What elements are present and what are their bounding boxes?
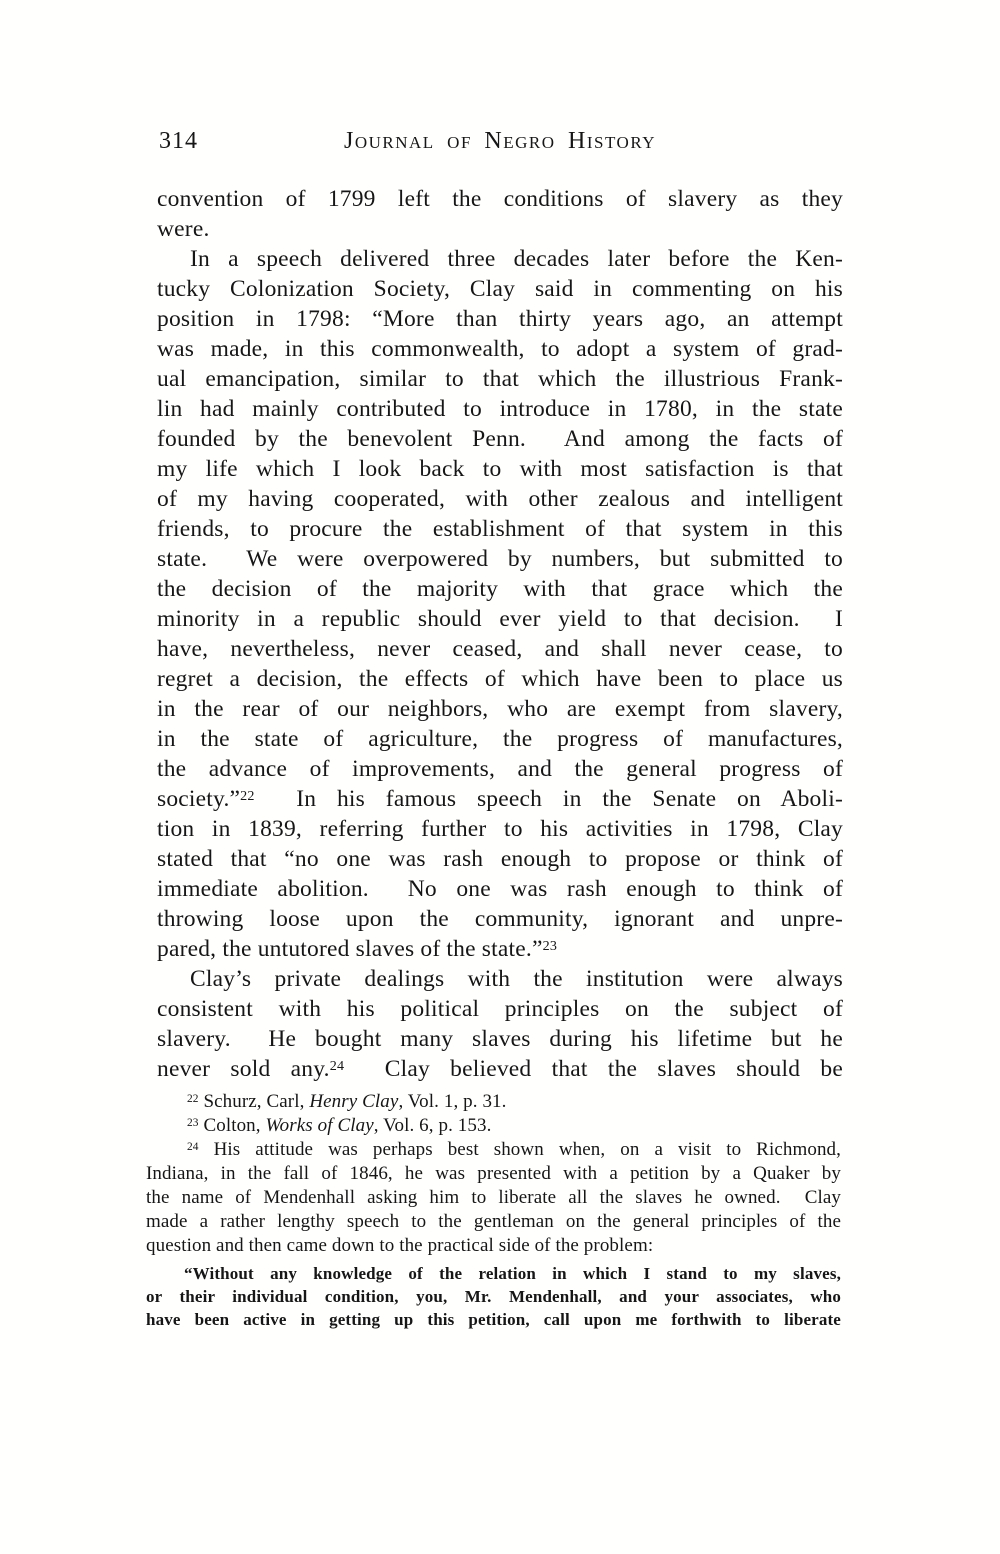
text-line: ual emancipation, similar to that which … <box>157 364 843 394</box>
text-line: society.”22 In his famous speech in the … <box>157 784 843 814</box>
scanned-journal-page: 314 Journal of Negro History convention … <box>0 0 1000 1554</box>
text-line: immediate abolition. No one was rash eno… <box>157 874 843 904</box>
text-line: founded by the benevolent Penn. And amon… <box>157 424 843 454</box>
journal-title: Journal of Negro History <box>157 126 843 156</box>
text-line: never sold any.24 Clay believed that the… <box>157 1054 843 1084</box>
text-line: tion in 1839, referring further to his a… <box>157 814 843 844</box>
text-line: Clay’s private dealings with the institu… <box>157 964 843 994</box>
text-line: question and then came down to the pract… <box>146 1234 841 1258</box>
page-number: 314 <box>159 126 198 156</box>
text-line: convention of 1799 left the conditions o… <box>157 184 843 214</box>
text-line: consistent with his political principles… <box>157 994 843 1024</box>
text-line: stated that “no one was rash enough to p… <box>157 844 843 874</box>
text-line: position in 1798: “More than thirty year… <box>157 304 843 334</box>
footnote-blockquote: “Without any knowledge of the relation i… <box>146 1262 841 1331</box>
text-line: slavery. He bought many slaves during hi… <box>157 1024 843 1054</box>
text-line: 23 Colton, Works of Clay, Vol. 6, p. 153… <box>146 1114 841 1138</box>
text-line: 24 His attitude was perhaps best shown w… <box>146 1138 841 1162</box>
text-line: or their individual condition, you, Mr. … <box>146 1285 841 1308</box>
text-line: lin had mainly contributed to introduce … <box>157 394 843 424</box>
text-line: in the state of agriculture, the progres… <box>157 724 843 754</box>
text-line: minority in a republic should ever yield… <box>157 604 843 634</box>
text-line: regret a decision, the effects of which … <box>157 664 843 694</box>
text-line: tucky Colonization Society, Clay said in… <box>157 274 843 304</box>
body-text: convention of 1799 left the conditions o… <box>157 184 843 1084</box>
text-line: my life which I look back to with most s… <box>157 454 843 484</box>
paragraph: 24 His attitude was perhaps best shown w… <box>146 1138 841 1258</box>
paragraph: convention of 1799 left the conditions o… <box>157 184 843 244</box>
text-line: have been active in getting up this peti… <box>146 1308 841 1331</box>
text-line: “Without any knowledge of the relation i… <box>146 1262 841 1285</box>
text-line: made a rather lengthy speech to the gent… <box>146 1210 841 1234</box>
text-line: the decision of the majority with that g… <box>157 574 843 604</box>
text-line: pared, the untutored slaves of the state… <box>157 934 843 964</box>
text-line: of my having cooperated, with other zeal… <box>157 484 843 514</box>
text-line: the advance of improvements, and the gen… <box>157 754 843 784</box>
paragraph: “Without any knowledge of the relation i… <box>146 1262 841 1331</box>
paragraph: Clay’s private dealings with the institu… <box>157 964 843 1084</box>
paragraph: 22 Schurz, Carl, Henry Clay, Vol. 1, p. … <box>146 1090 841 1114</box>
text-line: friends, to procure the establishment of… <box>157 514 843 544</box>
text-line: state. We were overpowered by numbers, b… <box>157 544 843 574</box>
text-line: was made, in this commonwealth, to adopt… <box>157 334 843 364</box>
text-line: throwing loose upon the community, ignor… <box>157 904 843 934</box>
text-line: Indiana, in the fall of 1846, he was pre… <box>146 1162 841 1186</box>
text-line: 22 Schurz, Carl, Henry Clay, Vol. 1, p. … <box>146 1090 841 1114</box>
page-header: 314 Journal of Negro History <box>157 126 843 156</box>
text-line: In a speech delivered three decades late… <box>157 244 843 274</box>
text-line: in the rear of our neighbors, who are ex… <box>157 694 843 724</box>
paragraph: 23 Colton, Works of Clay, Vol. 6, p. 153… <box>146 1114 841 1138</box>
footnotes: 22 Schurz, Carl, Henry Clay, Vol. 1, p. … <box>146 1090 841 1258</box>
text-line: the name of Mendenhall asking him to lib… <box>146 1186 841 1210</box>
text-line: were. <box>157 214 843 244</box>
paragraph: In a speech delivered three decades late… <box>157 244 843 964</box>
text-line: have, nevertheless, never ceased, and sh… <box>157 634 843 664</box>
